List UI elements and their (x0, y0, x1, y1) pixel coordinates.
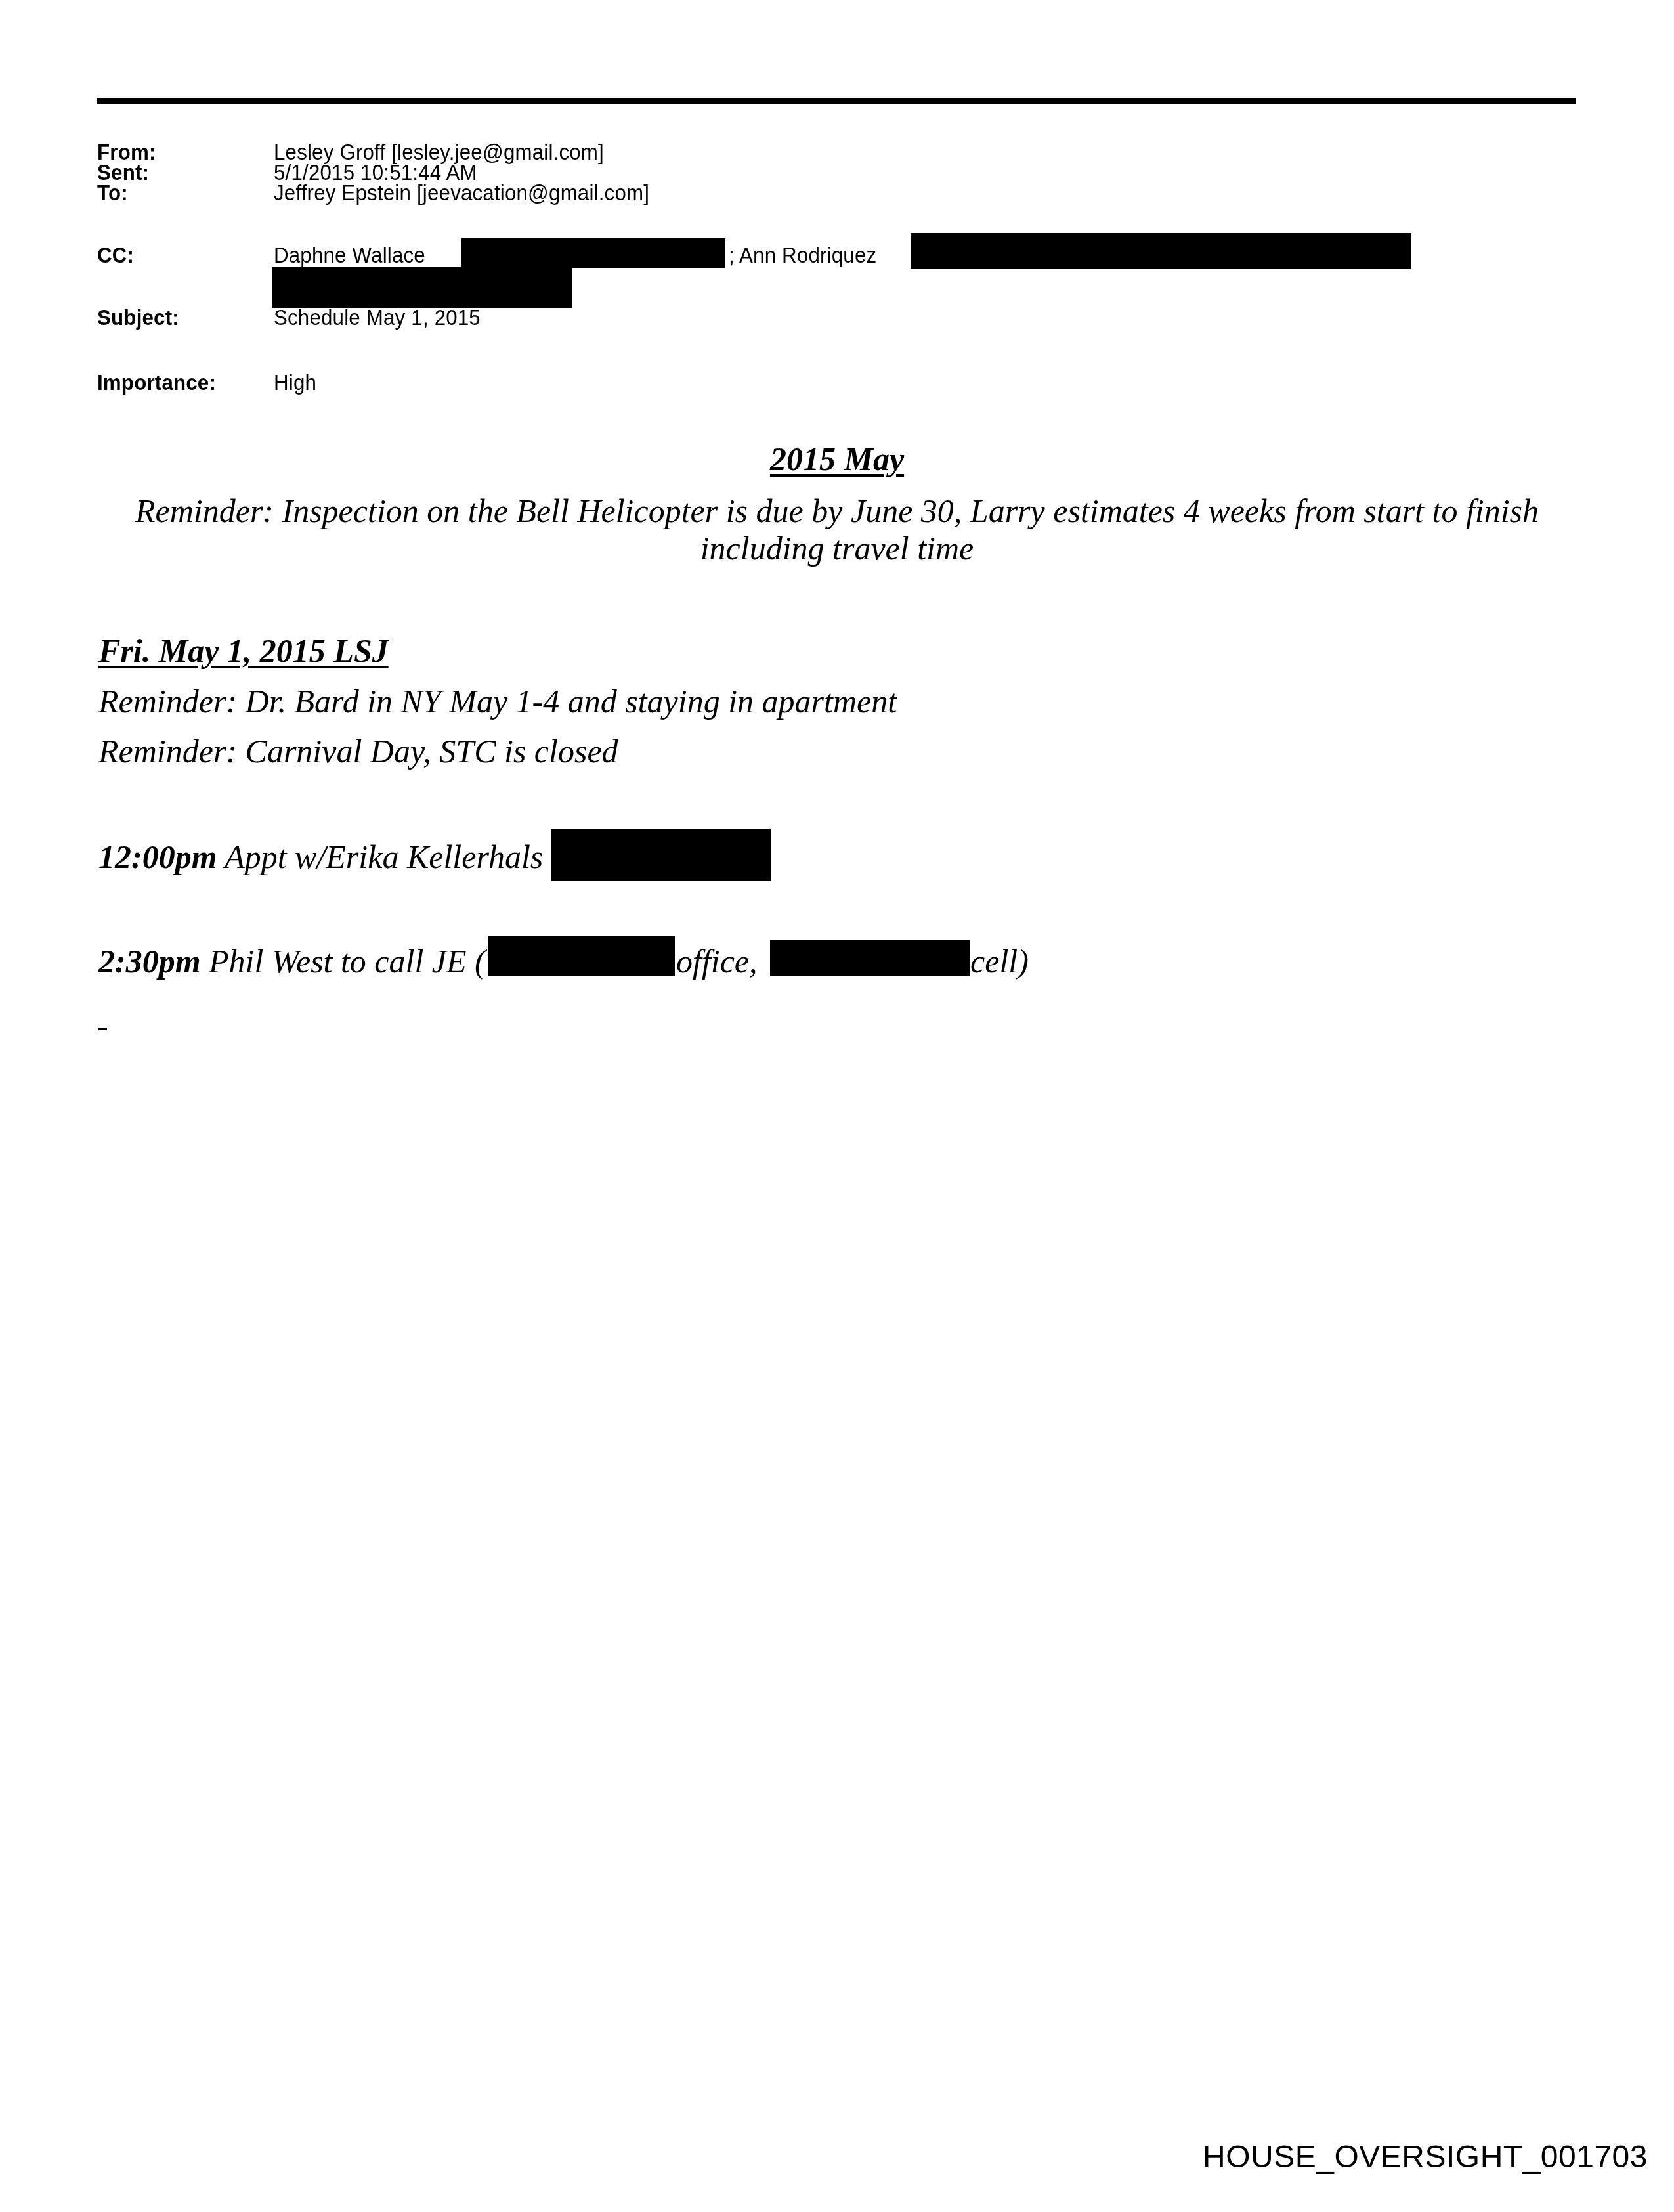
month-heading: 2015 May (0, 443, 1674, 475)
appointment-time: 2:30pm (98, 943, 201, 980)
appointment-entry: 12:00pm Appt w/Erika Kellerhals (98, 840, 543, 873)
cc-value-daphne: Daphne Wallace (274, 244, 425, 267)
cc-value-ann: ; Ann Rodriquez (729, 244, 876, 267)
redaction-box (551, 829, 771, 881)
appointment-text-cell: cell) (970, 945, 1029, 978)
header-divider-rule (97, 98, 1576, 104)
subject-value: Schedule May 1, 2015 (274, 307, 481, 329)
to-value: Jeffrey Epstein [jeevacation@gmail.com] (274, 182, 649, 204)
redaction-box (461, 238, 725, 268)
cc-label: CC: (97, 244, 134, 267)
day-heading: Fri. May 1, 2015 LSJ (98, 634, 389, 667)
appointment-time: 12:00pm (98, 838, 217, 875)
trailing-dash-mark (98, 1028, 107, 1030)
to-label: To: (97, 182, 128, 204)
month-reminder-line-2: including travel time (0, 532, 1674, 565)
subject-label: Subject: (97, 307, 179, 329)
day-reminder: Reminder: Carnival Day, STC is closed (98, 735, 618, 768)
day-reminder: Reminder: Dr. Bard in NY May 1-4 and sta… (98, 685, 897, 718)
month-reminder-line-1: Reminder: Inspection on the Bell Helicop… (0, 494, 1674, 527)
importance-label: Importance: (97, 372, 216, 394)
redaction-box (770, 940, 970, 976)
redaction-box (911, 233, 1411, 269)
appointment-text: Phil West to call JE ( (201, 943, 486, 980)
importance-value: High (274, 372, 316, 394)
appointment-text: Appt w/Erika Kellerhals (217, 838, 544, 875)
appointment-entry: 2:30pm Phil West to call JE ( (98, 945, 486, 978)
bates-stamp: HOUSE_OVERSIGHT_001703 (1203, 2142, 1648, 2173)
redaction-box (272, 267, 572, 308)
appointment-text-office: office, (676, 945, 758, 978)
redaction-box (488, 936, 675, 976)
